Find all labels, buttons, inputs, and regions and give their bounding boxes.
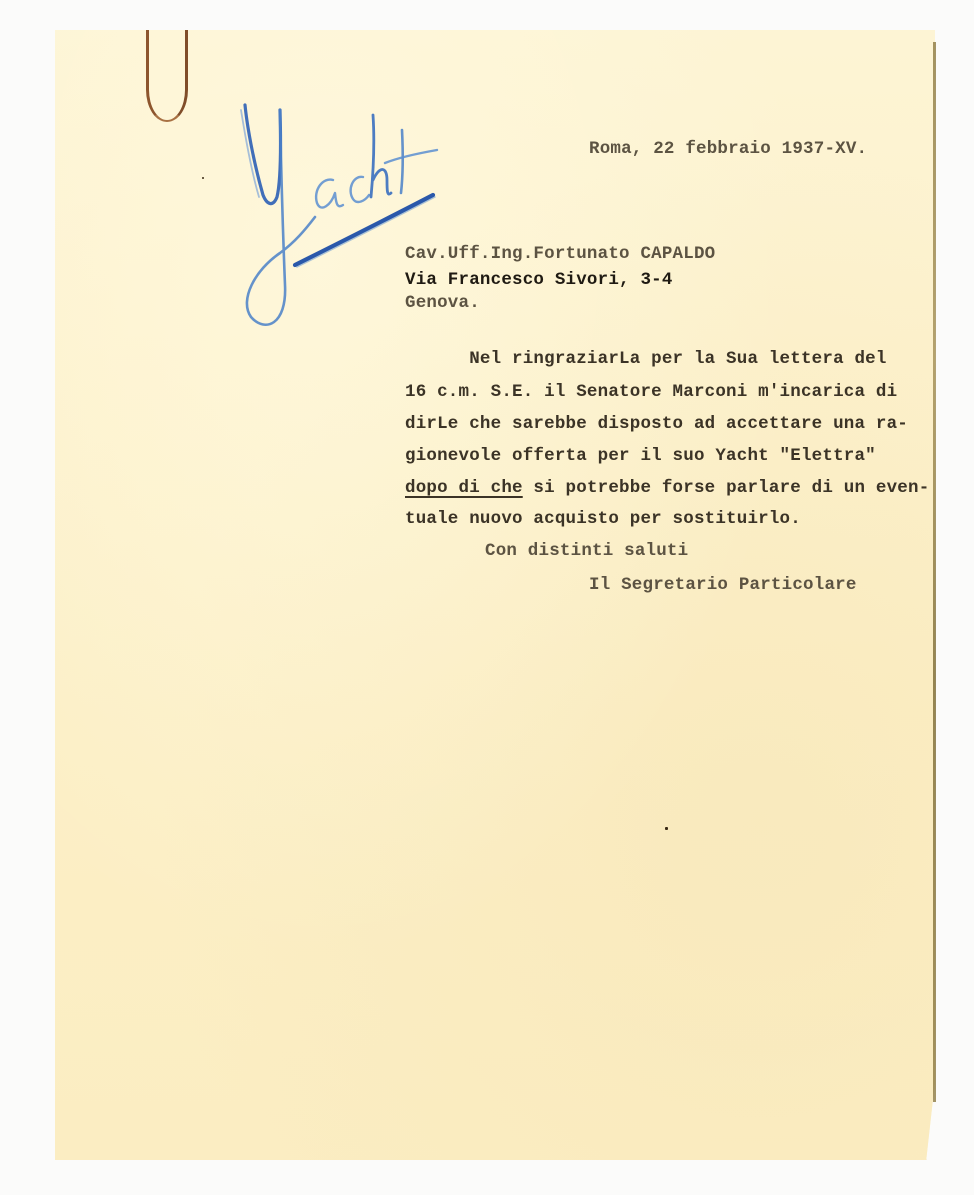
- body-line-1: Nel ringraziarLa per la Sua lettera del: [405, 349, 887, 369]
- date-line: Roma, 22 febbraio 1937-XV.: [589, 139, 867, 159]
- rust-paperclip-mark: [146, 30, 188, 122]
- body-line-5-rest: si potrebbe forse parlare di un even-: [523, 478, 930, 498]
- closing-salutation: Con distinti saluti: [485, 541, 688, 561]
- body-line-2: 16 c.m. S.E. il Senatore Marconi m'incar…: [405, 382, 897, 402]
- underlined-phrase: dopo di che: [405, 478, 523, 498]
- body-line-4: gionevole offerta per il suo Yacht "Elet…: [405, 446, 876, 466]
- recipient-name: Cav.Uff.Ing.Fortunato CAPALDO: [405, 244, 715, 264]
- paper-speck: [202, 177, 204, 179]
- paper-right-edge: [933, 42, 936, 1102]
- signature-title: Il Segretario Particolare: [589, 575, 857, 595]
- recipient-city: Genova.: [405, 293, 480, 313]
- body-line-3: dirLe che sarebbe disposto ad accettare …: [405, 414, 908, 434]
- body-line-6: tuale nuovo acquisto per sostituirlo.: [405, 509, 801, 529]
- paper-speck: [665, 827, 668, 830]
- letter-paper: [55, 30, 935, 1160]
- scan-background: Roma, 22 febbraio 1937-XV. Cav.Uff.Ing.F…: [0, 0, 974, 1195]
- recipient-address: Via Francesco Sivori, 3-4: [405, 270, 673, 290]
- body-line-5: dopo di che si potrebbe forse parlare di…: [405, 478, 929, 498]
